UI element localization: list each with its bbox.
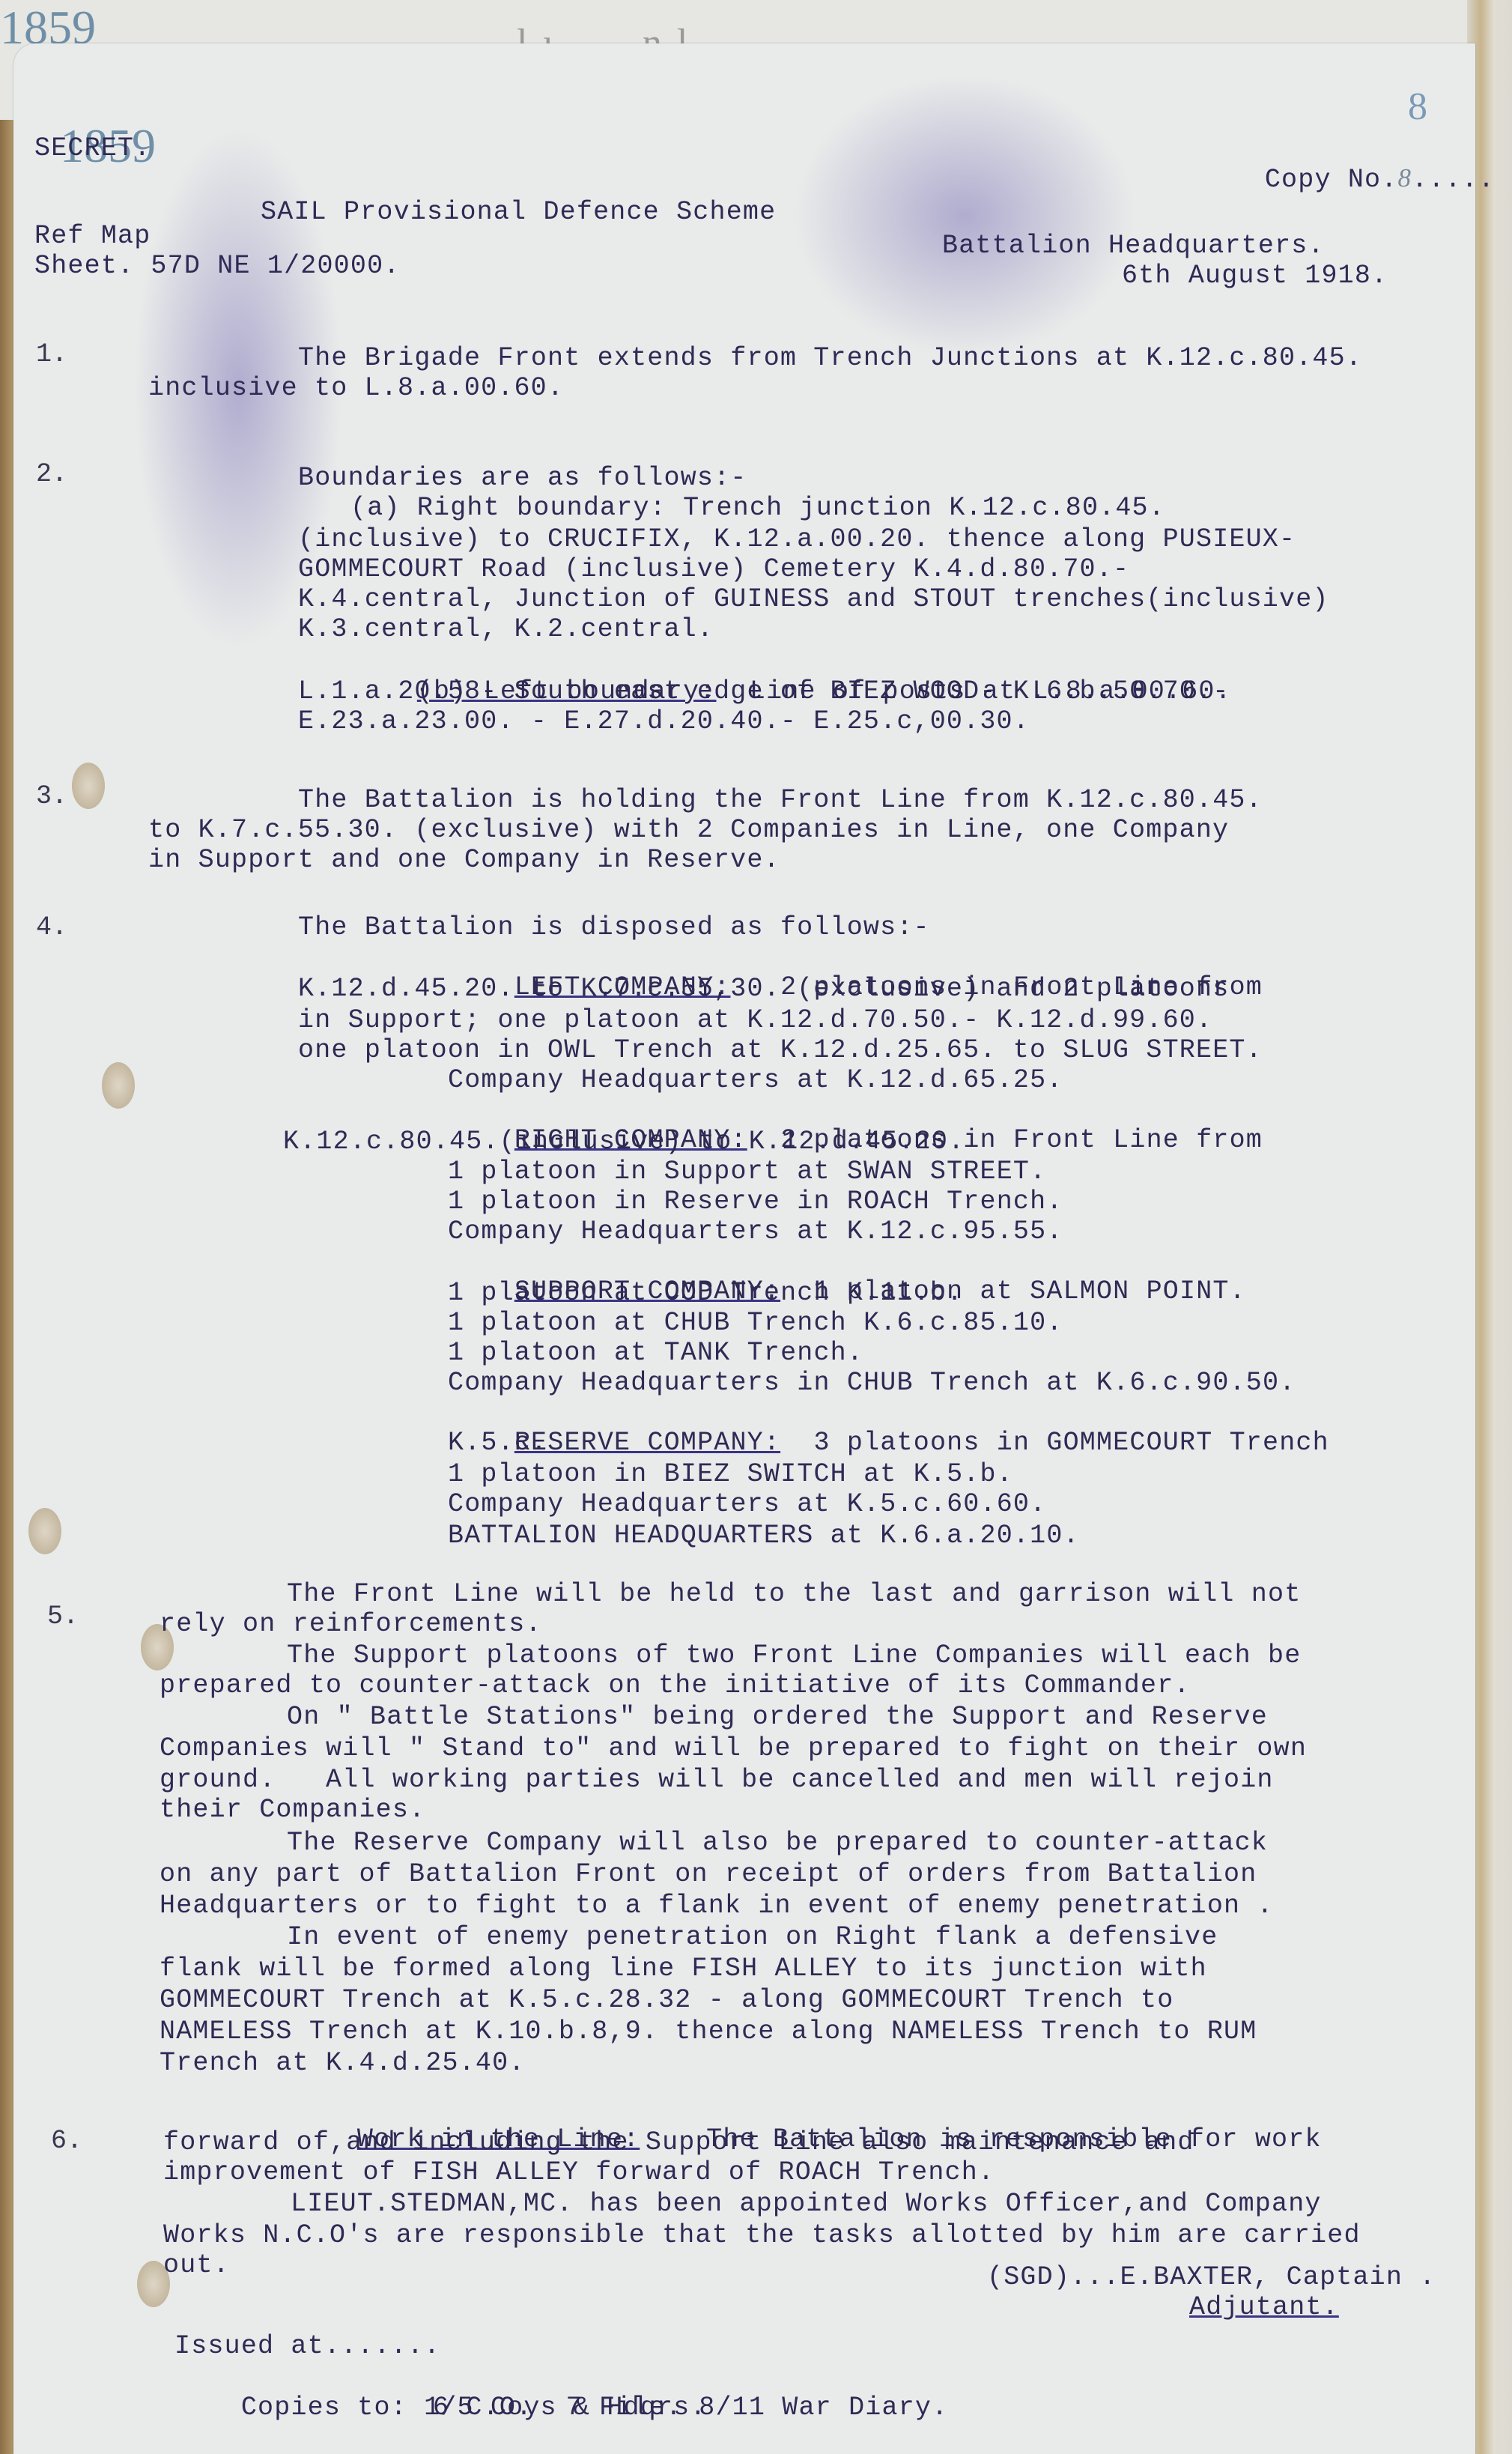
para5-line: In event of enemy penetration on Right f… <box>287 1922 1218 1952</box>
para5-line: The Front Line will be held to the last … <box>287 1579 1301 1609</box>
paragraph-number: 4. <box>36 912 67 942</box>
para5-line: flank will be formed along line FISH ALL… <box>160 1954 1207 1984</box>
copy-dots: ..... <box>1412 165 1495 195</box>
para5-line: NAMELESS Trench at K.10.b.8,9. thence al… <box>160 2017 1257 2046</box>
signature-title: Adjutant. <box>1189 2292 1339 2322</box>
para3-line: to K.7.c.55.30. (exclusive) with 2 Compa… <box>148 815 1229 845</box>
para2-line: (inclusive) to CRUCIFIX, K.12.a.00.20. t… <box>298 524 1296 554</box>
ref-map-label: Ref Map <box>34 221 151 251</box>
para4-line: 1 platoon in Reserve in ROACH Trench. <box>448 1187 1063 1217</box>
copy-label: Copy No. <box>1265 165 1398 195</box>
para4-line: 1 platoon in Support at SWAN STREET. <box>448 1157 1046 1187</box>
para2-line: E.23.a.23.00. - E.27.d.20.40.- E.25.c,00… <box>298 706 1030 736</box>
para5-line: On " Battle Stations" being ordered the … <box>287 1702 1268 1732</box>
para4-line: one platoon in OWL Trench at K.12.d.25.6… <box>298 1035 1263 1065</box>
para6-line: out. <box>163 2250 230 2280</box>
para4-line: 1 platoon at TANK Trench. <box>448 1338 863 1368</box>
ref-map-sheet: Sheet. 57D NE 1/20000. <box>34 251 400 281</box>
para5-line: Headquarters or to fight to a flank in e… <box>160 1891 1274 1921</box>
folio-number: 8 <box>1408 85 1427 129</box>
copy-number-label: Copy No.8..... <box>1198 133 1495 225</box>
classification: SECRET. <box>34 133 151 163</box>
copy-number-handwritten: 8 <box>1397 163 1412 193</box>
para2-line: GOMMECOURT Road (inclusive) Cemetery K.4… <box>298 554 1129 584</box>
paragraph-number: 1. <box>36 339 67 369</box>
para5-line: rely on reinforcements. <box>160 1609 542 1639</box>
headquarters-location: Battalion Headquarters. <box>942 231 1325 261</box>
para3-line: in Support and one Company in Reserve. <box>148 845 780 875</box>
para1-line: The Brigade Front extends from Trench Ju… <box>298 343 1362 373</box>
para4-line: Company Headquarters in CHUB Trench at K… <box>448 1368 1296 1398</box>
wooden-desk-edge <box>0 120 15 2454</box>
para4-line: 1 platoon in BIEZ SWITCH at K.5.b. <box>448 1459 1013 1489</box>
para4-line: in Support; one platoon at K.12.d.70.50.… <box>298 1005 1212 1035</box>
punch-hole <box>28 1508 61 1554</box>
paragraph-number: 3. <box>36 781 67 811</box>
para4-line: K.12.c.80.45.(inclusive) to K.12.d.45.20… <box>283 1127 965 1157</box>
para2-line: L.1.a.20.58- South east edge of BIEZ WOO… <box>298 676 1229 706</box>
para4-line: K.12.d.45.20. to K.7.c.55,30. (exclusive… <box>298 974 1229 1004</box>
para5-line: The Reserve Company will also be prepare… <box>287 1828 1268 1858</box>
copies-label: Copies to: <box>241 2393 407 2423</box>
punch-hole <box>102 1062 135 1109</box>
para6-line: forward of,and including the Support Lin… <box>163 2127 1194 2157</box>
para5-line: Trench at K.4.d.25.40. <box>160 2048 525 2078</box>
para2-line: (a) Right boundary: Trench junction K.12… <box>350 493 1165 523</box>
para5-line: their Companies. <box>160 1795 425 1825</box>
para4-line: Company Headquarters at K.12.d.65.25. <box>448 1065 1063 1095</box>
para5-line: on any part of Battalion Front on receip… <box>160 1859 1257 1889</box>
para4-line: 1 platoon at CHUB Trench K.6.c.85.10. <box>448 1308 1063 1338</box>
para4-line: Company Headquarters at K.5.c.60.60. <box>448 1489 1046 1519</box>
para5-line: prepared to counter-attack on the initia… <box>160 1670 1191 1700</box>
ink-stamp-smudge <box>792 73 1137 358</box>
document-title: SAIL Provisional Defence Scheme <box>261 197 776 227</box>
para5-line: The Support platoons of two Front Line C… <box>287 1640 1301 1670</box>
punch-hole <box>72 763 105 809</box>
signature-line: (SGD)...E.BAXTER, Captain . <box>987 2262 1436 2292</box>
para1-line: inclusive to L.8.a.00.60. <box>148 373 564 403</box>
para5-line: ground. All working parties will be canc… <box>160 1765 1274 1795</box>
document-date: 6th August 1918. <box>1122 261 1388 291</box>
para4-line: Company Headquarters at K.12.c.95.55. <box>448 1217 1063 1246</box>
paragraph-number: 2. <box>36 459 67 489</box>
paragraph-number: 6. <box>51 2126 82 2156</box>
issued-at: Issued at....... <box>174 2331 440 2361</box>
para6-line: Works N.C.O's are responsible that the t… <box>163 2220 1361 2250</box>
para4-line: K.5.c. <box>448 1428 547 1458</box>
para2-line: K.4.central, Junction of GUINESS and STO… <box>298 584 1329 614</box>
para5-line: Companies will " Stand to" and will be p… <box>160 1733 1307 1763</box>
para3-line: The Battalion is holding the Front Line … <box>298 785 1263 815</box>
para2-line: Boundaries are as follows:- <box>298 463 747 493</box>
document-page: 1859 8 SECRET. SAIL Provisional Defence … <box>13 43 1475 2454</box>
copies-line-2: 6 C.O. 7 File. 8/11 War Diary. <box>433 2393 948 2423</box>
battalion-hq-line: BATTALION HEADQUARTERS at K.6.a.20.10. <box>448 1521 1080 1551</box>
para2-line: K.3.central, K.2.central. <box>298 614 714 644</box>
para6-line: improvement of FISH ALLEY forward of ROA… <box>163 2157 995 2187</box>
para4-line: 1 platoon at COD Trench K.11.b. <box>448 1278 963 1308</box>
para4-line: The Battalion is disposed as follows:- <box>298 912 930 942</box>
para5-line: GOMMECOURT Trench at K.5.c.28.32 - along… <box>160 1985 1174 2015</box>
reserve-company-heading: RESERVE COMPANY: <box>514 1428 780 1458</box>
para6-line: LIEUT.STEDMAN,MC. has been appointed Wor… <box>291 2189 1322 2219</box>
paragraph-number: 5. <box>47 1602 79 1632</box>
